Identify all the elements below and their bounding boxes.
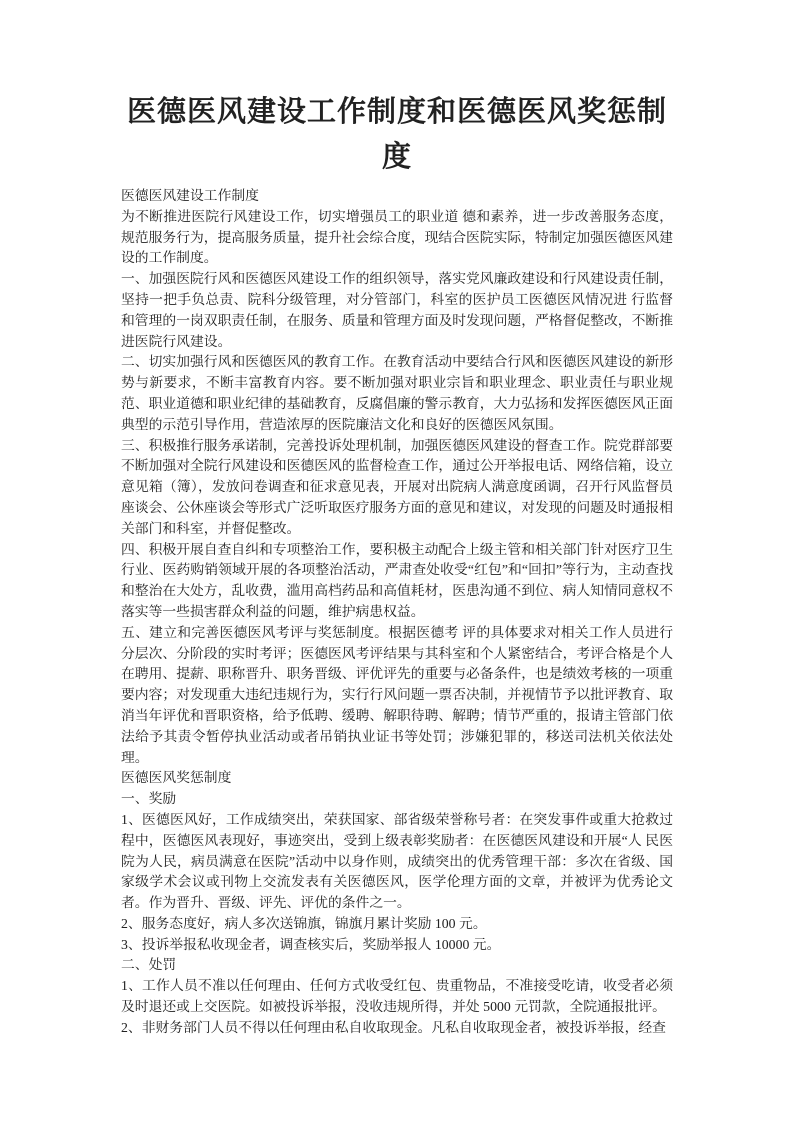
paragraph-item-3: 三、积极推行服务承诺制，完善投诉处理机制，加强医德医风建设的督查工作。院党群部要… (121, 436, 673, 540)
paragraph-section-heading-1: 医德医风建设工作制度 (121, 186, 673, 207)
paragraph-reward-2: 2、服务态度好，病人多次送锦旗，锦旗月累计奖励 100 元。 (121, 914, 673, 935)
paragraph-item-4: 四、积极开展自查自纠和专项整治工作，要积极主动配合上级主管和相关部门针对医疗卫生… (121, 540, 673, 623)
paragraph-item-5: 五、建立和完善医德医风考评与奖惩制度。根据医德考 评的具体要求对相关工作人员进行… (121, 623, 673, 769)
document-page: 医德医风建设工作制度和医德医风奖惩制度 医德医风建设工作制度 为不断推进医院行风… (0, 0, 793, 1122)
paragraph-punishment-2: 2、非财务部门人员不得以任何理由私自收取现金。凡私自收取现金者，被投诉举报，经查 (121, 1018, 673, 1039)
paragraph-punishment-1: 1、工作人员不准以任何理由、任何方式收受红包、贵重物品，不准接受吃请，收受者必须… (121, 976, 673, 1018)
paragraph-punishment-heading: 二、处罚 (121, 955, 673, 976)
paragraph-reward-heading: 一、奖励 (121, 789, 673, 810)
paragraph-item-1: 一、加强医院行风和医德医风建设工作的组织领导，落实党风廉政建设和行风建设责任制，… (121, 269, 673, 352)
paragraph-reward-3: 3、投诉举报私收现金者，调查核实后，奖励举报人 10000 元。 (121, 935, 673, 956)
document-title: 医德医风建设工作制度和医德医风奖惩制度 (121, 90, 673, 180)
document-body: 医德医风建设工作制度 为不断推进医院行风建设工作，切实增强员工的职业道 德和素养… (121, 186, 673, 1039)
paragraph-reward-1: 1、医德医风好，工作成绩突出，荣获国家、部省级荣誉称号者：在突发事件或重大抢救过… (121, 810, 673, 914)
paragraph-intro: 为不断推进医院行风建设工作，切实增强员工的职业道 德和素养，进一步改善服务态度，… (121, 207, 673, 269)
paragraph-item-2: 二、切实加强行风和医德医风的教育工作。在教育活动中要结合行风和医德医风建设的新形… (121, 352, 673, 435)
paragraph-section-heading-2: 医德医风奖惩制度 (121, 768, 673, 789)
